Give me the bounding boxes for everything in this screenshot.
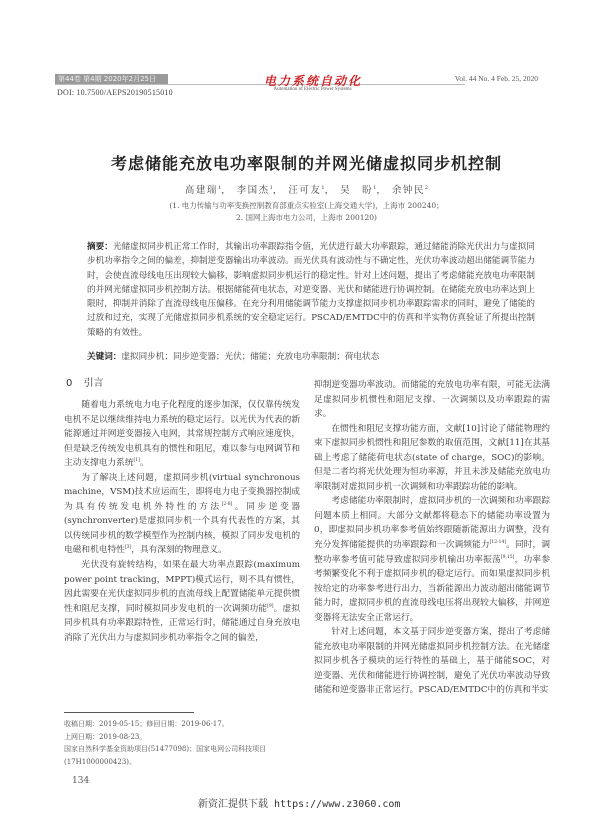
header-rule <box>55 84 465 85</box>
paragraph: 为了解决上述问题，虚拟同步机(virtual synchronous machi… <box>64 471 300 558</box>
paragraph-text: 随着电力系统电力电子化程度的逐步加深，仅仅靠传统发电机不足以继续维持电力系统的稳… <box>64 400 300 468</box>
footnote-online-date: 上网日期：2019-08-23。 <box>64 731 300 744</box>
body-column-left: 随着电力系统电力电子化程度的逐步加深，仅仅靠传统发电机不足以继续维持电力系统的稳… <box>64 398 300 645</box>
section-title: 引言 <box>84 378 104 389</box>
page-number: 134 <box>72 776 89 786</box>
affiliation-1: (1. 电力传输与功率变换控制教育部重点实验室(上海交通大学)，上海市 2002… <box>0 200 613 211</box>
author: 余钟民 <box>392 185 425 196</box>
paragraph: 光伏没有旋转结构，如果在最大功率点跟踪(maximum power point … <box>64 558 300 645</box>
citation: [12-14] <box>490 540 506 545</box>
paragraph: 随着电力系统电力电子化程度的逐步加深，仅仅靠传统发电机不足以继续维持电力系统的稳… <box>64 398 300 471</box>
citation: [9,15] <box>501 555 515 560</box>
affiliation-2: 2. 国网上海市电力公司，上海市 200120) <box>0 212 613 223</box>
footnote-rule <box>64 712 194 713</box>
abstract: 摘要：光储虚拟同步机正常工作时，其输出功率跟踪指令值，光伏进行最大功率跟踪，通过… <box>87 240 535 340</box>
citation: [2-8] <box>222 502 233 507</box>
citation: [1] <box>134 458 140 463</box>
issue-badge: 第44卷 第4期 2020年2月25日 <box>55 74 168 84</box>
paragraph-text: 针对上述问题，本文基于同步逆变器方案，提出了考虑储能充放电功率限制的并网光储虚拟… <box>314 627 550 695</box>
affiliation-mark: 1 <box>218 185 221 191</box>
journal-logo-en: Automation of Electric Power Systems <box>240 87 385 92</box>
author: 吴 盼 <box>340 185 373 196</box>
author: 李国杰 <box>237 185 270 196</box>
affiliation-mark: 1 <box>321 185 324 191</box>
affiliation-mark: 2 <box>425 185 428 191</box>
abstract-label: 摘要： <box>87 242 113 252</box>
footnotes: 收稿日期：2019-05-15；修回日期：2019-06-17。 上网日期：20… <box>64 718 300 768</box>
body-column-right: 抑制逆变器功率波动。而储能的充放电功率有限，可能无法满足虚拟同步机惯性和阻尼支撑… <box>314 378 550 698</box>
footnote-funding: 国家自然科学基金资助项目(51477098)；国家电网公司科技项目(17H100… <box>64 743 300 768</box>
paragraph-text: 抑制逆变器功率波动。而储能的充放电功率有限，可能无法满足虚拟同步机惯性和阻尼支撑… <box>314 380 550 419</box>
doi: DOI: 10.7500/AEPS20190515010 <box>57 88 173 97</box>
paragraph: 考虑储能功率限制时，虚拟同步机的一次调频和功率跟踪问题本质上相同。大部分文献都将… <box>314 494 550 625</box>
volume-info: Vol. 44 No. 4 Feb. 25, 2020 <box>455 74 538 83</box>
keywords-text: 虚拟同步机；同步逆变器；光伏；储能；充放电功率限制；荷电状态 <box>121 352 379 362</box>
keywords-label: 关键词： <box>87 352 121 362</box>
author-list: 高建瑞1， 李国杰1， 汪可友1， 吴 盼1， 余钟民2 <box>0 182 613 196</box>
paragraph-text: ，具有深刻的物理意义。 <box>131 545 227 555</box>
paragraph: 在惯性和阻尼支撑功能方面，文献[10]讨论了储能物理约束下虚拟同步机惯性和阻尼参… <box>314 422 550 495</box>
author: 汪可友 <box>288 185 321 196</box>
footnote-dates: 收稿日期：2019-05-15；修回日期：2019-06-17。 <box>64 718 300 731</box>
abstract-text: 光储虚拟同步机正常工作时，其输出功率跟踪指令值，光伏进行最大功率跟踪，通过储能消… <box>87 242 535 338</box>
affiliation-mark: 1 <box>270 185 273 191</box>
download-watermark: 新资汇提供下载 https://www.z3060.com <box>198 795 400 810</box>
affiliation-mark: 1 <box>373 185 376 191</box>
keywords: 关键词：虚拟同步机；同步逆变器；光伏；储能；充放电功率限制；荷电状态 <box>87 351 535 364</box>
section-heading: 0 引言 <box>66 374 104 389</box>
paper-title: 考虑储能充放电功率限制的并网光储虚拟同步机控制 <box>0 151 613 174</box>
paragraph: 抑制逆变器功率波动。而储能的充放电功率有限，可能无法满足虚拟同步机惯性和阻尼支撑… <box>314 378 550 422</box>
author: 高建瑞 <box>185 185 218 196</box>
paragraph-text: 光伏没有旋转结构，如果在最大功率点跟踪(maximum power point … <box>64 560 300 614</box>
paragraph: 针对上述问题，本文基于同步逆变器方案，提出了考虑储能充放电功率限制的并网光储虚拟… <box>314 625 550 698</box>
paragraph-text: 在惯性和阻尼支撑功能方面，文献[10]讨论了储能物理约束下虚拟同步机惯性和阻尼参… <box>314 424 550 492</box>
section-number: 0 <box>66 378 72 389</box>
